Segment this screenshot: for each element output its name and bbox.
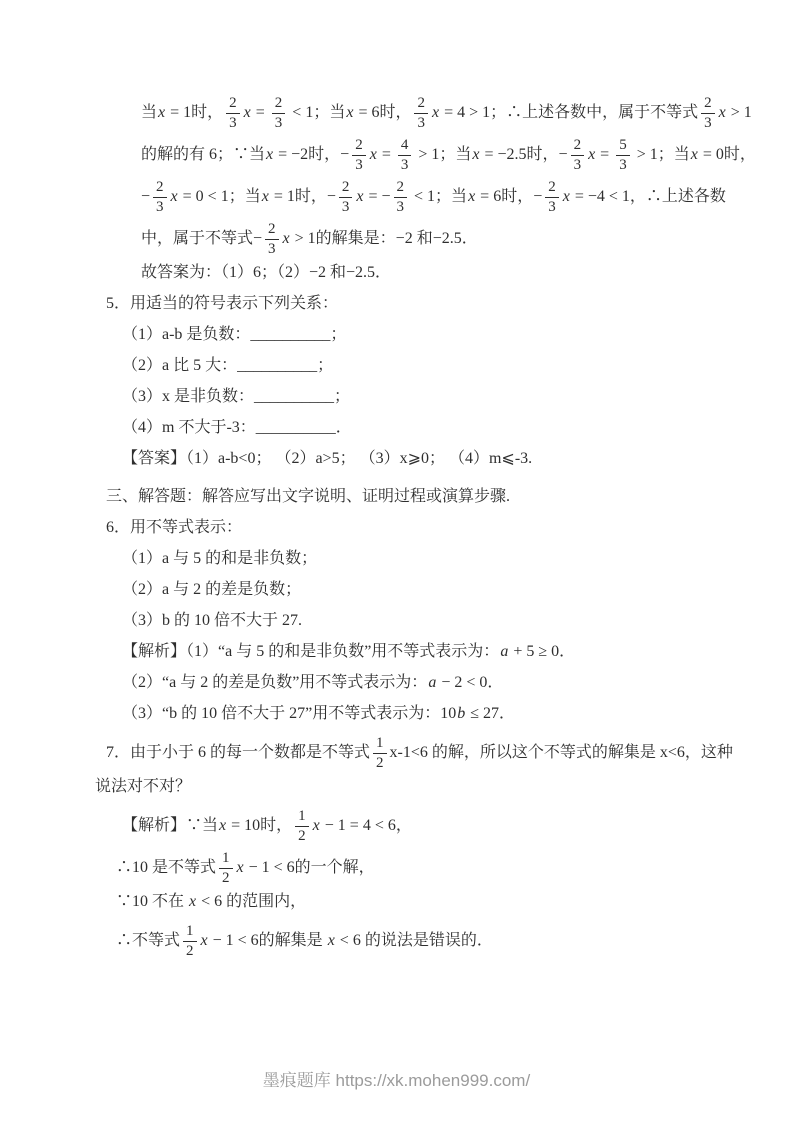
math-variable: b [456,705,466,722]
fraction: 23 [153,179,167,216]
math-variable: x [261,188,270,205]
fraction: 23 [545,179,559,216]
math-variable: a [427,674,437,691]
math-variable: x [243,104,252,121]
document-body: 当x = 1时，23x = 23 < 1；当x = 6时，23x = 4 > 1… [95,95,735,965]
q6-item-3: （3）b 的 10 倍不大于 27. [122,611,735,631]
math-variable: x [355,188,364,205]
math-variable: x [327,932,336,949]
q7-stem-line-1: 7．由于小于 6 的每一个数都是不等式12x-1<6 的解，所以这个不等式的解集… [106,735,735,772]
q6-stem: 6．用不等式表示： [106,518,735,538]
q5-item-1: （1）a-b 是负数：__________； [122,325,735,345]
fraction: 12 [183,923,197,960]
q5-stem: 5．用适当的符号表示下列关系： [106,294,735,314]
q7-analysis-4: ∴不等式12x − 1 < 6的解集是 x < 6 的说法是错误的． [116,923,735,960]
q4-solution-line-2: 的解的有 6；∵当x = −2时，−23x = 43 > 1；当x = −2.5… [141,137,735,174]
q6-analysis-2: （2）“a 与 2 的差是负数”用不等式表示为：a − 2 < 0． [122,673,735,693]
math-variable: x [471,146,480,163]
fraction: 23 [701,95,715,132]
footer-watermark: 墨痕题库 https://xk.mohen999.com/ [0,1066,793,1091]
math-variable: x [157,104,166,121]
math-variable: x [312,817,321,834]
math-variable: x [236,859,245,876]
section-3-heading: 三、解答题：解答应写出文字说明、证明过程或演算步骤. [106,487,735,507]
math-variable: x [467,188,476,205]
q7-analysis-3: ∵10 不在 x < 6 的范围内， [116,892,735,912]
math-variable: x [218,817,227,834]
fraction: 23 [226,95,240,132]
q4-solution-line-3: −23x = 0 < 1；当x = 1时，−23x = −23 < 1；当x =… [141,179,735,216]
q6-item-2: （2）a 与 2 的差是负数； [122,580,735,600]
math-variable: x [170,188,179,205]
q5-item-3: （3）x 是非负数：__________； [122,387,735,407]
math-variable: x [188,893,197,910]
math-variable: x [200,932,209,949]
math-variable: x [690,146,699,163]
q5-answer: 【答案】（1）a-b<0； （2）a>5； （3）x⩾0； （4）m⩽-3. [122,449,735,469]
math-variable: x [369,146,378,163]
fraction: 12 [373,735,387,772]
q7-analysis-2: ∴10 是不等式12x − 1 < 6的一个解， [116,850,735,887]
math-variable: x [431,104,440,121]
fraction: 12 [295,808,309,845]
q5-item-4: （4）m 不大于-3：__________． [122,418,735,438]
fraction: 23 [272,95,286,132]
math-variable: x [282,230,291,247]
fraction: 23 [571,137,585,174]
q6-item-1: （1）a 与 5 的和是非负数； [122,549,735,569]
q6-analysis-1: 【解析】（1）“a 与 5 的和是非负数”用不等式表示为：a + 5 ≥ 0． [122,642,735,662]
fraction: 23 [339,179,353,216]
fraction: 23 [265,221,279,258]
q4-solution-line-4: 中，属于不等式−23x > 1的解集是：−2 和−2.5． [141,221,735,258]
q7-stem-line-2: 说法对不对？ [95,777,735,797]
math-variable: x [562,188,571,205]
math-variable: x [345,104,354,121]
fraction: 12 [219,850,233,887]
fraction: 43 [398,137,412,174]
fraction: 23 [394,179,408,216]
fraction: 23 [352,137,366,174]
math-variable: x [718,104,727,121]
math-variable: a [499,643,509,660]
fraction: 23 [414,95,428,132]
q4-answer: 故答案为：（1）6；（2）−2 和−2.5． [141,263,735,283]
q6-analysis-3: （3）“b 的 10 倍不大于 27”用不等式表示为：10b ≤ 27． [122,704,735,724]
math-variable: x [265,146,274,163]
q4-solution-line-1: 当x = 1时，23x = 23 < 1；当x = 6时，23x = 4 > 1… [141,95,735,132]
math-variable: x [587,146,596,163]
q5-item-2: （2）a 比 5 大：__________； [122,356,735,376]
fraction: 53 [616,137,630,174]
q7-analysis-1: 【解析】∵当x = 10时，12x − 1 = 4 < 6， [122,808,735,845]
